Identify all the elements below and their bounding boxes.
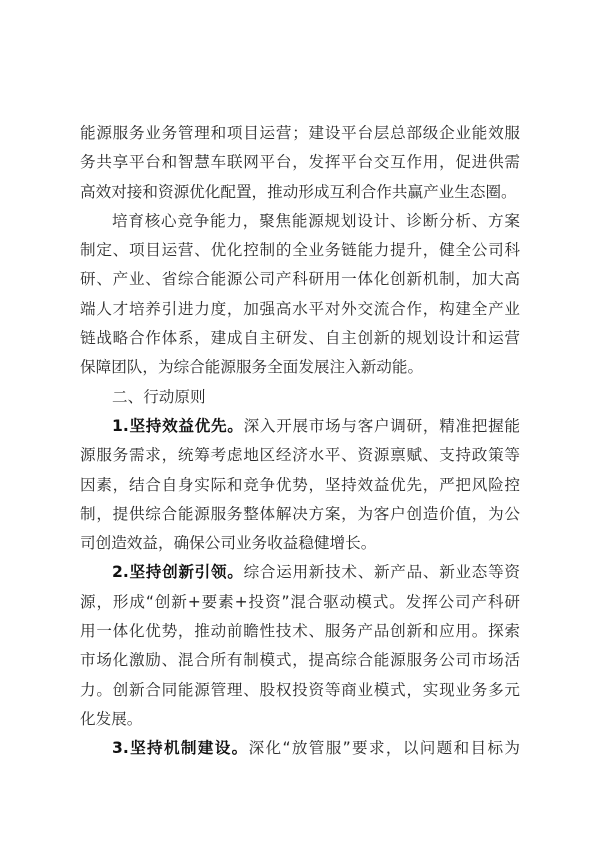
text-line: 端人才培养引进力度，加强高水平对外交流合作，构建全产业 (80, 295, 520, 324)
principle-first-line: 2.坚持创新引领。综合运用新技术、新产品、新业态等资 (80, 558, 520, 587)
paragraph-platform: 能源服务业务管理和项目运营；建设平台层总部级企业能效服 务共享平台和智慧车联网平… (80, 119, 520, 207)
text-line: 研、产业、省综合能源公司产科研用一体化创新机制，加大高 (80, 265, 520, 294)
text-line: 源服务需求，统筹考虑地区经济水平、资源禀赋、支持政策等 (80, 441, 520, 470)
text-line: 因素，结合自身实际和竞争优势，坚持效益优先，严把风险控 (80, 471, 520, 500)
principle-title: 1.坚持效益优先。 (112, 417, 244, 435)
section-heading: 二、行动原则 (80, 383, 520, 412)
principle-1: 1.坚持效益优先。深入开展市场与客户调研，精准把握能 源服务需求，统筹考虑地区经… (80, 412, 520, 558)
text-line: 能源服务业务管理和项目运营；建设平台层总部级企业能效服 (80, 119, 520, 148)
principle-first-line: 3.坚持机制建设。深化“放管服”要求，以问题和目标为 (80, 734, 520, 763)
principle-2: 2.坚持创新引领。综合运用新技术、新产品、新业态等资 源，形成“创新+要素+投资… (80, 558, 520, 734)
text-line: 制，提供综合能源服务整体解决方案，为客户创造价值，为公 (80, 500, 520, 529)
principle-text: 深化“放管服”要求，以问题和目标为 (249, 739, 520, 757)
text-line: 力。创新合同能源管理、股权投资等商业模式，实现业务多元 (80, 676, 520, 705)
principle-3: 3.坚持机制建设。深化“放管服”要求，以问题和目标为 (80, 734, 520, 763)
principle-title: 2.坚持创新引领。 (112, 563, 244, 581)
document-page: 能源服务业务管理和项目运营；建设平台层总部级企业能效服 务共享平台和智慧车联网平… (80, 119, 520, 764)
text-line: 司创造效益，确保公司业务收益稳健增长。 (80, 529, 520, 558)
text-line: 链战略合作体系，建成自主研发、自主创新的规划设计和运营 (80, 324, 520, 353)
text-line: 市场化激励、混合所有制模式，提高综合能源服务公司市场活 (80, 646, 520, 675)
principle-title: 3.坚持机制建设。 (112, 739, 249, 757)
paragraph-core-competitiveness: 培育核心竞争能力，聚焦能源规划设计、诊断分析、方案 制定、项目运营、优化控制的全… (80, 207, 520, 383)
text-line: 高效对接和资源优化配置，推动形成互利合作共赢产业生态圈。 (80, 178, 520, 207)
principle-text: 综合运用新技术、新产品、新业态等资 (244, 563, 520, 581)
text-line: 务共享平台和智慧车联网平台，发挥平台交互作用，促进供需 (80, 148, 520, 177)
principle-text: 深入开展市场与客户调研，精准把握能 (244, 417, 520, 435)
text-line: 源，形成“创新+要素+投资”混合驱动模式。发挥公司产科研 (80, 588, 520, 617)
text-line: 化发展。 (80, 705, 520, 734)
text-line: 制定、项目运营、优化控制的全业务链能力提升，健全公司科 (80, 236, 520, 265)
text-line: 培育核心竞争能力，聚焦能源规划设计、诊断分析、方案 (80, 207, 520, 236)
text-line: 用一体化优势，推动前瞻性技术、服务产品创新和应用。探索 (80, 617, 520, 646)
text-line: 保障团队，为综合能源服务全面发展注入新动能。 (80, 353, 520, 382)
principle-first-line: 1.坚持效益优先。深入开展市场与客户调研，精准把握能 (80, 412, 520, 441)
